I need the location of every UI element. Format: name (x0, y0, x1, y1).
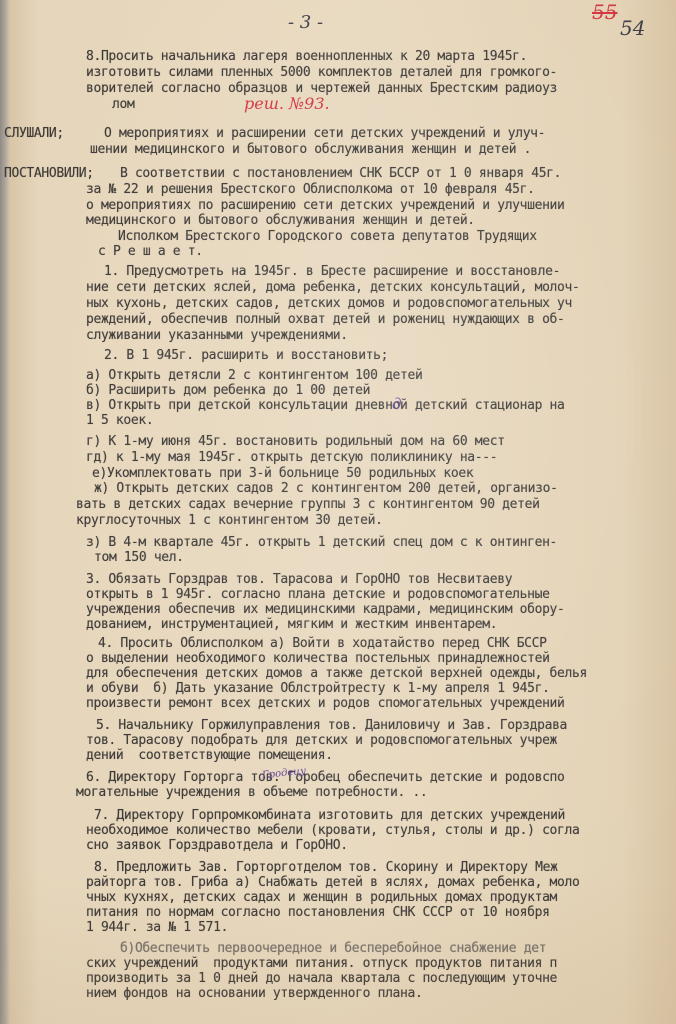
text-line: лом (112, 97, 134, 112)
text-line: могательные учреждения в объеме потребно… (76, 785, 427, 800)
text-line: реждений, обеспечив полный охват детей и… (86, 312, 565, 327)
text-line: медицинского и бытового обслуживания жен… (86, 213, 475, 228)
text-line: питания по нормам согласно постановления… (86, 905, 550, 920)
text-line: 1 5 коек. (86, 413, 153, 428)
text-line: дованием, инструментацией, мягким и жест… (86, 617, 497, 632)
text-line: открыть в 1 945г. согласно плана детские… (86, 587, 550, 602)
text-line: б)Обеспечить первоочередное и бесперебой… (120, 941, 546, 956)
text-line: в) Открыть при детской консультации днев… (86, 398, 565, 413)
text-line: чных кухнях, детских садах и женщин в ро… (86, 890, 557, 905)
text-line: 6. Директору Горторга тов. Горобец обесп… (86, 770, 565, 785)
text-line: о мероприятиях по расширению сети детски… (86, 198, 565, 213)
text-line: ных кухонь, детских садов, детских домов… (86, 296, 572, 311)
text-line: шении медицинского и бытового обслуживан… (90, 142, 531, 157)
folio-number: 54 (620, 16, 645, 40)
text-line: г) К 1-му июня 45г. востановить родильны… (86, 434, 505, 449)
text-line: 3. Обязать Горздрав тов. Тарасова и ГорО… (86, 572, 512, 587)
text-line: ние сети детских яслей, дома ребенка, де… (86, 280, 579, 295)
text-line: за № 22 и решения Брестского Облисполком… (86, 182, 535, 197)
text-line: з) В 4-м квартале 45г. открыть 1 детский… (86, 535, 557, 550)
text-line: произвести ремонт всех детских и родов с… (86, 696, 565, 711)
text-line: райторга тов. Гриба а) Снабжать детей в … (86, 875, 579, 890)
text-line: производить за 1 0 дней до начала кварта… (86, 971, 557, 986)
text-line: круглосуточных 1 с контингентом 30 детей… (76, 513, 383, 528)
archival-document-page: - 3 - 55 54 8.Просить начальника лагеря … (0, 0, 676, 1024)
handwritten-insert: д (392, 395, 402, 413)
text-line: тов. Тарасову подобрать для детских и ро… (86, 733, 557, 748)
text-line: 7. Директору Горпромкомбината изготовить… (94, 808, 565, 823)
text-line: О мероприятиях и расширении сети детских… (104, 126, 545, 141)
text-line: Исполком Брестского Городского совета де… (118, 229, 537, 244)
text-line: учреждения обеспечив их медицинскими кад… (86, 602, 565, 617)
resolution-note: реш. №93. (244, 94, 330, 113)
page-marker: - 3 - (288, 12, 323, 33)
text-line: 8.Просить начальника лагеря военнопленны… (86, 49, 527, 64)
text-line: 8. Предложить Зав. Горторготделом тов. С… (94, 860, 558, 875)
text-line: ских учреждений продуктами питания. отпу… (86, 956, 557, 971)
text-line: 5. Начальнику Горжилуправления тов. Дани… (96, 718, 567, 733)
text-line: ж) Открыть детских садов 2 с контингенто… (94, 481, 558, 496)
text-line: В соответствии с постановлением СНК БССР… (120, 166, 561, 181)
text-line: служивании указанными учреждениями. (86, 328, 348, 343)
crossed-stamp-number: 55 (592, 0, 617, 24)
heard-label: СЛУШАЛИ; (4, 126, 64, 141)
text-line: 1. Предусмотреть на 1945г. в Бресте расш… (104, 264, 560, 279)
text-line: гд) к 1-му мая 1945г. открыть детскую по… (86, 450, 497, 465)
text-line: необходимое количество мебели (кровати, … (86, 823, 579, 838)
text-line: б) Расширить дом ребенка до 1 00 детей (86, 383, 370, 398)
text-line: 1 944г. за № 1 571. (86, 920, 228, 935)
text-line: вать в детских садах вечерние группы 3 с… (76, 497, 540, 512)
text-line: а) Открыть детясли 2 с контингентом 100 … (86, 368, 422, 383)
text-line: е)Укомплектовать при 3-й больнице 50 род… (92, 466, 473, 481)
text-line: сно заявок Горздравотдела и ГорОНО. (86, 838, 348, 853)
text-line: изготовить силами пленных 5000 комплекто… (86, 65, 557, 80)
resolved-label: ПОСТАНОВИЛИ; (4, 166, 94, 181)
text-line: и обуви б) Дать указание Облстройтресту … (86, 681, 550, 696)
text-line: том 150 чел. (94, 550, 184, 565)
text-line: нием фондов на основании утвержденного п… (86, 986, 422, 1001)
text-line: для обеспечения детских домов а также де… (86, 666, 587, 681)
text-line: с Р е ш а е т. (98, 244, 203, 259)
text-line: о выделении необходимого количества пост… (86, 651, 550, 666)
text-line: 4. Просить Облисполком а) Войти в ходата… (98, 636, 547, 651)
text-line: дений соответствующие помещения. (86, 748, 333, 763)
point-2-title: 2. В 1 945г. расширить и восстановить; (104, 348, 388, 363)
